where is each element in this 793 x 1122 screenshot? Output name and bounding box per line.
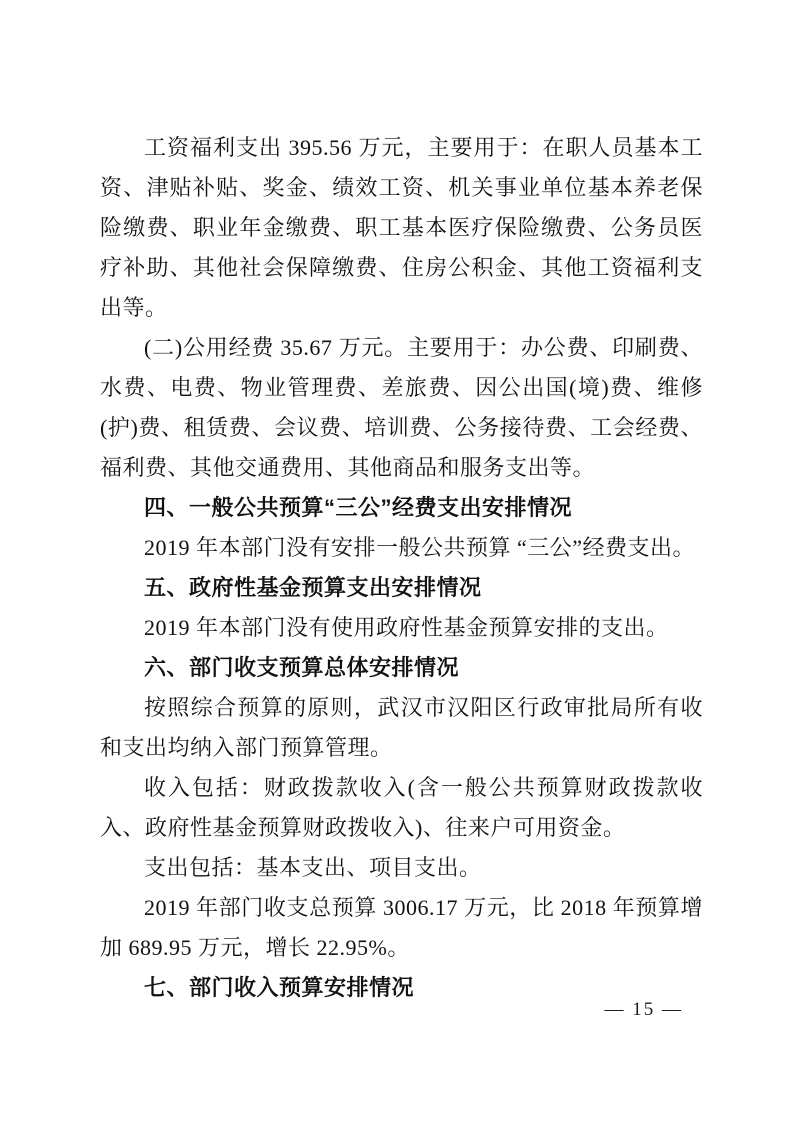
document-body: 工资福利支出 395.56 万元，主要用于：在职人员基本工资、津贴补贴、奖金、绩… (100, 128, 703, 1008)
document-page: 工资福利支出 395.56 万元，主要用于：在职人员基本工资、津贴补贴、奖金、绩… (0, 0, 793, 1122)
paragraph-section-six-principle: 按照综合预算的原则，武汉市汉阳区行政审批局所有收和支出均纳入部门预算管理。 (100, 688, 703, 768)
page-number: — 15 — (605, 997, 684, 1023)
heading-section-four-three-public-expense: 四、一般公共预算“三公”经费支出安排情况 (100, 488, 703, 528)
paragraph-section-four-body: 2019 年本部门没有安排一般公共预算 “三公”经费支出。 (100, 528, 703, 568)
heading-section-five-government-fund-budget: 五、政府性基金预算支出安排情况 (100, 568, 703, 608)
heading-section-six-overall-budget: 六、部门收支预算总体安排情况 (100, 648, 703, 688)
paragraph-section-five-body: 2019 年本部门没有使用政府性基金预算安排的支出。 (100, 608, 703, 648)
paragraph-expense-includes: 支出包括：基本支出、项目支出。 (100, 848, 703, 888)
paragraph-public-funds-expense: (二)公用经费 35.67 万元。主要用于：办公费、印刷费、水费、电费、物业管理… (100, 328, 703, 488)
paragraph-total-budget-figures: 2019 年部门收支总预算 3006.17 万元，比 2018 年预算增加 68… (100, 888, 703, 968)
paragraph-wage-welfare-expense: 工资福利支出 395.56 万元，主要用于：在职人员基本工资、津贴补贴、奖金、绩… (100, 128, 703, 328)
paragraph-income-includes: 收入包括：财政拨款收入(含一般公共预算财政拨款收入、政府性基金预算财政拨收入)、… (100, 768, 703, 848)
